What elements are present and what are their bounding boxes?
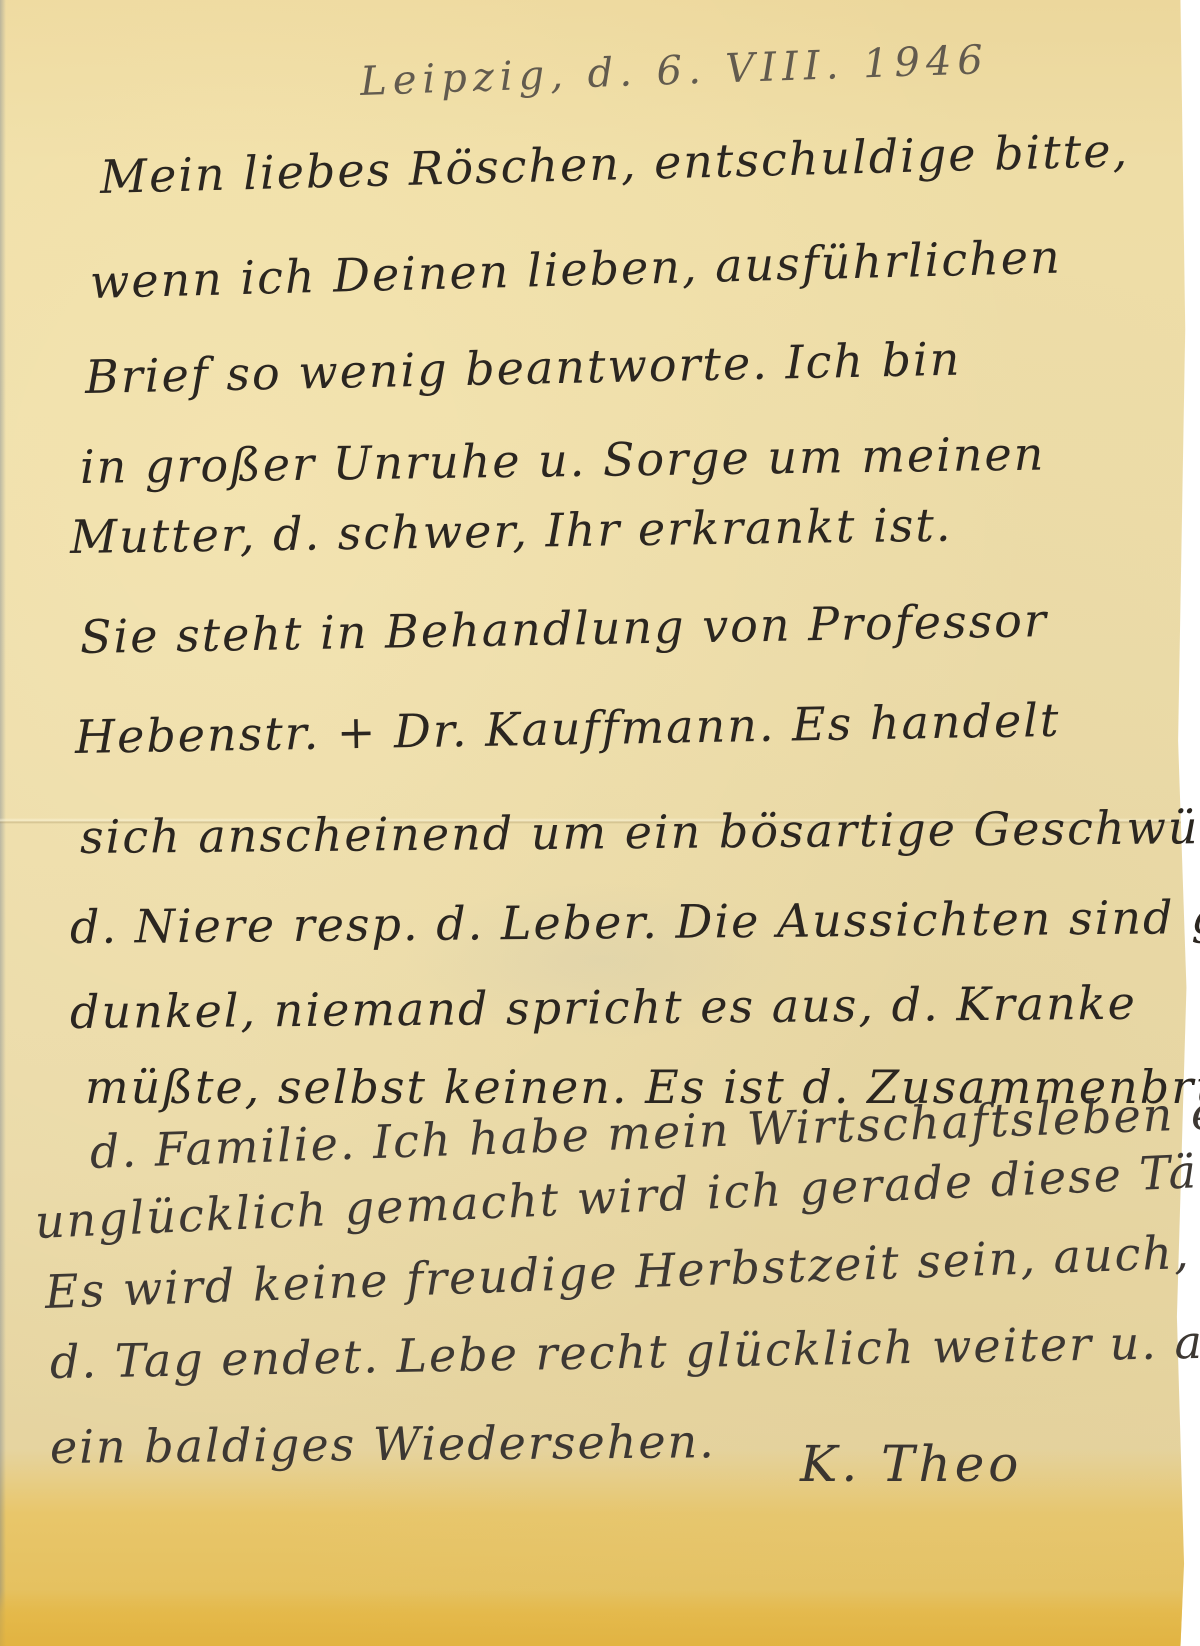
letter-line: sich anscheinend um ein bösartige Geschw… bbox=[80, 800, 1200, 864]
letter-line: ein baldiges Wiedersehen. bbox=[50, 1414, 716, 1474]
letter-signature: K. Theo bbox=[800, 1435, 1022, 1493]
letter-line: Mutter, d. schwer, Ihr erkrankt ist. bbox=[70, 498, 953, 564]
letter-line: Sie steht in Behandlung von Professor bbox=[80, 593, 1049, 664]
letter-line: in großer Unruhe u. Sorge um meinen bbox=[80, 427, 1046, 494]
letter-line: dunkel, niemand spricht es aus, d. Krank… bbox=[70, 976, 1137, 1039]
letter-line: Brief so wenig beantworte. Ich bin bbox=[84, 332, 961, 404]
letter-line: d. Tag endet. Lebe recht glücklich weite… bbox=[50, 1314, 1200, 1389]
handwritten-letter: Leipzig, d. 6. VIII. 1946 Mein liebes Rö… bbox=[0, 0, 1190, 1646]
letter-date-line: Leipzig, d. 6. VIII. 1946 bbox=[359, 37, 989, 105]
letter-line: Hebenstr. + Dr. Kauffmann. Es handelt bbox=[75, 693, 1061, 764]
letter-line: Mein liebes Röschen, entschuldige bitte, bbox=[99, 123, 1129, 204]
letter-line: wenn ich Deinen lieben, ausführlichen bbox=[89, 230, 1062, 309]
letter-line: d. Niere resp. d. Leber. Die Aussichten … bbox=[70, 889, 1200, 954]
